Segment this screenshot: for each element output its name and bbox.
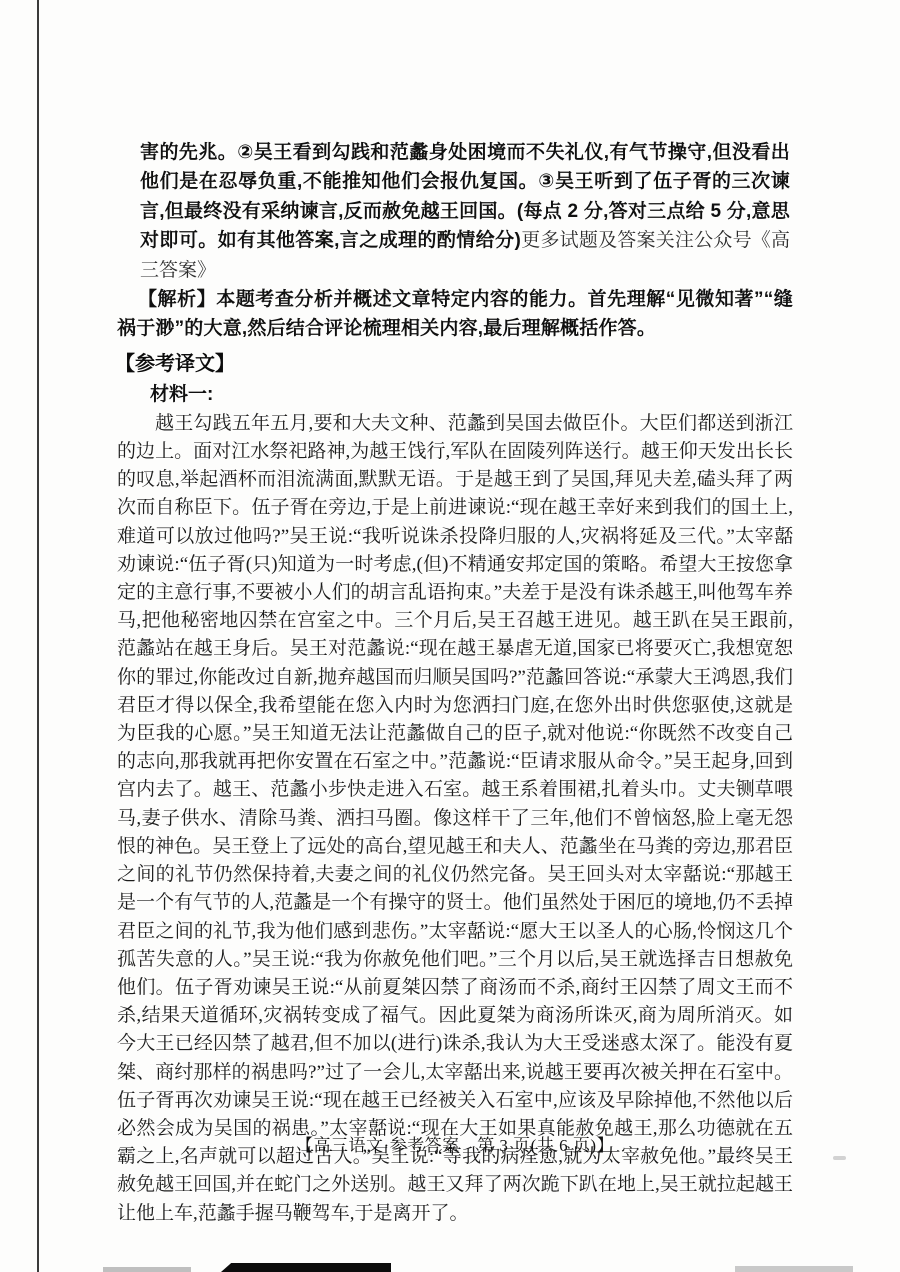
material-one-label: 材料一: xyxy=(150,380,793,409)
reference-translation-heading: 【参考译文】 xyxy=(115,349,793,379)
analysis-paragraph: 【解析】本题考查分析并概述文章特定内容的能力。首先理解“见微知著”“缝祸于渺”的… xyxy=(117,285,793,344)
scan-artifact-gray-left xyxy=(103,1267,191,1272)
scan-artifact-black xyxy=(221,1263,391,1272)
translation-paragraph: 越王勾践五年五月,要和大夫文种、范蠡到吴国去做臣仆。大臣们都送到浙江的边上。面对… xyxy=(117,410,793,1228)
analysis-label: 【解析】 xyxy=(138,289,216,310)
analysis-text: 本题考查分析并概述文章特定内容的能力。首先理解“见微知著”“缝祸于渺”的大意,然… xyxy=(117,289,793,339)
page-left-scan-rule xyxy=(37,0,39,1272)
page-footer: 【高三语文·参考答案 第 3 页(共 6 页)】 xyxy=(117,1131,793,1156)
scan-smudge xyxy=(833,1156,846,1160)
scan-artifact-gray-right xyxy=(735,1266,853,1272)
answer-continuation-paragraph: 害的先兆。②吴王看到勾践和范蠡身处困境而不失礼仪,有气节操守,但没看出他们是在忍… xyxy=(140,138,790,285)
page-content: 害的先兆。②吴王看到勾践和范蠡身处困境而不失礼仪,有气节操守,但没看出他们是在忍… xyxy=(117,138,793,1228)
scanned-answer-page: { "answer_section": { "continuation_text… xyxy=(0,0,900,1272)
